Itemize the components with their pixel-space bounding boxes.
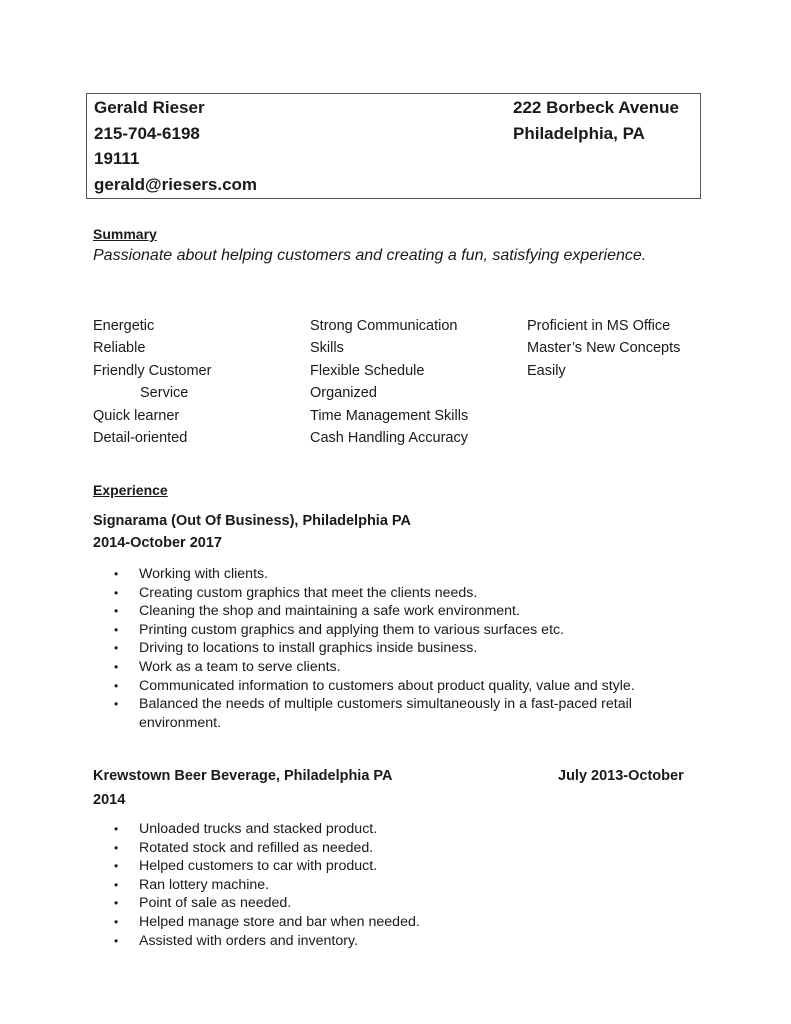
bullet-item: Working with clients. [114, 565, 694, 584]
bullet-item: Helped customers to car with product. [114, 857, 694, 876]
bullet-item: Balanced the needs of multiple customers… [114, 695, 694, 732]
bullet-item: Creating custom graphics that meet the c… [114, 584, 694, 603]
summary-text: Passionate about helping customers and c… [93, 246, 646, 266]
contact-email: gerald@riesers.com [94, 175, 257, 195]
bullet-item: Cleaning the shop and maintaining a safe… [114, 602, 694, 621]
job-duties-list: Working with clients.Creating custom gra… [114, 565, 694, 732]
skill-item: Friendly Customer [93, 360, 211, 382]
skill-item: Energetic [93, 315, 211, 337]
skills-column-3: Proficient in MS Office Master’s New Con… [527, 315, 680, 382]
job-dates: 2014-October 2017 [93, 534, 222, 552]
skill-item-continuation: Service [93, 382, 211, 404]
bullet-item: Point of sale as needed. [114, 894, 694, 913]
skill-item: Reliable [93, 337, 211, 359]
bullet-item: Ran lottery machine. [114, 876, 694, 895]
bullet-item: Unloaded trucks and stacked product. [114, 820, 694, 839]
experience-heading: Experience [93, 482, 168, 498]
bullet-item: Driving to locations to install graphics… [114, 639, 694, 658]
bullet-item: Work as a team to serve clients. [114, 658, 694, 677]
bullet-item: Rotated stock and refilled as needed. [114, 839, 694, 858]
contact-box: Gerald Rieser 215-704-6198 19111 gerald@… [86, 93, 701, 199]
skill-item: Proficient in MS Office [527, 315, 680, 337]
summary-heading: Summary [93, 226, 157, 242]
resume-page: Gerald Rieser 215-704-6198 19111 gerald@… [0, 0, 791, 1024]
contact-street: 222 Borbeck Avenue [513, 98, 679, 118]
job-dates: July 2013-October [558, 767, 684, 785]
skill-item-continuation: Skills [310, 337, 468, 359]
contact-name: Gerald Rieser [94, 98, 205, 118]
skill-item: Detail-oriented [93, 427, 211, 449]
bullet-item: Communicated information to customers ab… [114, 677, 694, 696]
job-title: Signarama (Out Of Business), Philadelphi… [93, 512, 411, 530]
skills-column-1: Energetic Reliable Friendly Customer Ser… [93, 315, 211, 449]
job-title: Krewstown Beer Beverage, Philadelphia PA [93, 767, 393, 785]
skill-item: Flexible Schedule [310, 360, 468, 382]
bullet-item: Assisted with orders and inventory. [114, 932, 694, 951]
job-dates-continuation: 2014 [93, 791, 125, 809]
skill-item: Cash Handling Accuracy [310, 427, 468, 449]
bullet-item: Printing custom graphics and applying th… [114, 621, 694, 640]
skill-item: Master’s New Concepts [527, 337, 680, 359]
contact-city-state: Philadelphia, PA [513, 124, 645, 144]
skill-item: Quick learner [93, 405, 211, 427]
skill-item: Time Management Skills [310, 405, 468, 427]
skill-item-continuation: Easily [527, 360, 680, 382]
skills-column-2: Strong Communication Skills Flexible Sch… [310, 315, 468, 449]
contact-zip: 19111 [94, 149, 139, 169]
skill-item: Strong Communication [310, 315, 468, 337]
job-duties-list: Unloaded trucks and stacked product.Rota… [114, 820, 694, 950]
contact-phone: 215-704-6198 [94, 124, 200, 144]
skill-item: Organized [310, 382, 468, 404]
bullet-item: Helped manage store and bar when needed. [114, 913, 694, 932]
